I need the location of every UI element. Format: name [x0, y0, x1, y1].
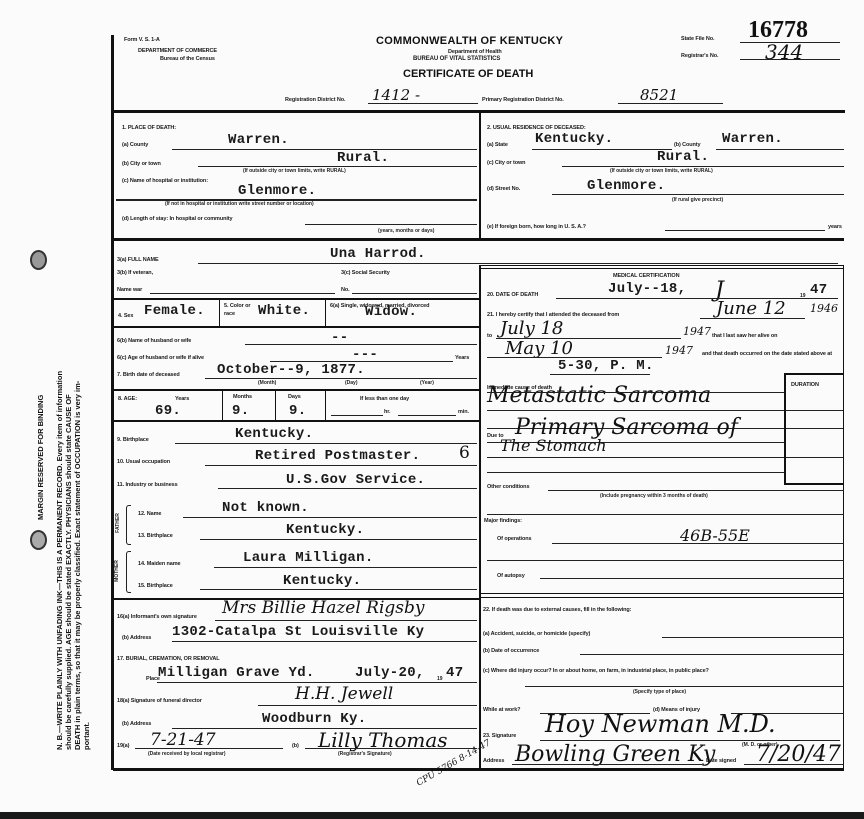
director-signature-line — [258, 705, 477, 706]
informant-address-line — [172, 641, 477, 642]
informant-address-label: (b) Address — [122, 635, 151, 641]
age-less-label: If less than one day — [360, 396, 409, 402]
margin-instructions: N. B.—WRITE PLAINLY WITH UNFADING INK—TH… — [55, 30, 91, 750]
res-city-note: (If outside city or town limits, write R… — [610, 168, 713, 174]
occurred-label: and that death occurred on the date stat… — [702, 351, 832, 357]
marital-value: Widow. — [365, 304, 417, 320]
death-date-label: 20. DATE OF DEATH — [487, 292, 538, 298]
last-seen-label: that I last saw her alive on — [712, 333, 777, 339]
mother-birth-value: Kentucky. — [283, 573, 361, 589]
birth-year-note: (Year) — [420, 380, 434, 386]
medical-heading: MEDICAL CERTIFICATION — [613, 273, 679, 279]
pod-county-label: (a) County — [122, 142, 148, 148]
section-rule-2-right — [479, 238, 844, 241]
attended-from-year: 1946 — [810, 302, 838, 315]
director-address-value: Woodburn Ky. — [262, 711, 366, 727]
informant-signature-label: 16(a) Informant's own signature — [117, 614, 197, 620]
occupation-line — [205, 465, 477, 466]
section-rule-2 — [113, 238, 479, 241]
father-birth-label: 13. Birthplace — [138, 533, 173, 539]
date-signed-label: Date signed — [706, 758, 736, 764]
attended-to-year: 1947 — [683, 325, 711, 338]
department-commerce: DEPARTMENT OF COMMERCE — [138, 48, 217, 54]
operations-line — [552, 543, 844, 544]
reg-district-number: 1412 - — [372, 86, 420, 104]
date-signed-line — [744, 764, 844, 765]
cause-line-6 — [487, 472, 784, 473]
scan-bottom-edge — [0, 812, 864, 819]
mother-birth-line — [200, 589, 477, 590]
age-years-value: 69. — [155, 403, 181, 419]
age-top-rule — [113, 389, 479, 391]
bureau-census: Bureau of the Census — [160, 56, 215, 62]
sex-label: 4. Sex — [118, 313, 133, 319]
occupation-code: 6 — [459, 443, 470, 463]
occupation-label: 10. Usual occupation — [117, 459, 170, 465]
res-foreign-label: (e) If foreign born, how long in U. S. A… — [487, 224, 586, 230]
where-label: (c) Where did injury occur? In or about … — [483, 664, 843, 678]
accident-line — [662, 637, 844, 638]
director-address-label: (b) Address — [122, 721, 151, 727]
death-year-value: 47 — [810, 282, 827, 298]
received-line — [135, 748, 283, 749]
age-days-value: 9. — [289, 403, 306, 419]
burial-date-value: July-20, — [355, 665, 425, 681]
age-label: 8. AGE: — [118, 396, 137, 402]
last-seen: May 10 — [505, 338, 573, 359]
row4-bottom-rule — [113, 326, 479, 328]
age-months-label: Months — [233, 394, 252, 400]
immediate-cause: Metastatic Sarcoma — [487, 383, 711, 408]
other-line-2 — [487, 514, 844, 515]
duration-label: DURATION — [791, 382, 819, 388]
binding-hole-top — [30, 250, 47, 270]
pod-city-line — [198, 166, 477, 167]
time-line — [550, 374, 650, 375]
res-city-value: Rural. — [657, 149, 709, 165]
dept-health: Department of Health — [448, 49, 502, 55]
place-of-death-heading: 1. PLACE OF DEATH: — [122, 125, 176, 131]
registrar-sig-label: (b) — [292, 743, 299, 749]
war-label: Name war — [117, 287, 142, 293]
birth-day-note: (Day) — [345, 380, 358, 386]
pod-city-value: Rural. — [337, 150, 389, 166]
res-street-value: Glenmore. — [587, 178, 665, 194]
medical-bottom-rule — [479, 593, 844, 594]
other-conditions-label: Other conditions — [487, 484, 529, 490]
birthplace-label: 9. Birthplace — [117, 437, 149, 443]
father-name-value: Not known. — [222, 500, 309, 516]
birth-date-label: 7. Birth date of deceased — [117, 372, 180, 378]
res-county-label: (b) County — [674, 142, 701, 148]
duration-line-1 — [786, 410, 843, 411]
res-county-value: Warren. — [722, 131, 783, 147]
burial-heading: 17. BURIAL, CREMATION, OR REMOVAL — [117, 656, 220, 662]
father-name-label: 12. Name — [138, 511, 161, 517]
age-months-value: 9. — [232, 403, 249, 419]
cause-line-5 — [487, 457, 784, 458]
registrar-no-label: Registrar's No. — [681, 53, 718, 59]
center-divider-middle — [479, 265, 481, 770]
sex-value: Female. — [144, 303, 205, 319]
res-state-label: (a) State — [487, 142, 508, 148]
occupation-value: Retired Postmaster. — [255, 448, 420, 464]
color-label: 5. Color or race — [224, 302, 254, 318]
industry-label: 11. Industry or business — [117, 482, 178, 488]
director-signature: H.H. Jewell — [295, 684, 393, 704]
primary-district-number: 8521 — [640, 86, 678, 104]
physician-signature: Hoy Newman M.D. — [545, 710, 776, 738]
res-state-value: Kentucky. — [535, 131, 613, 147]
external-heading: 22. If death was due to external causes,… — [483, 607, 631, 613]
reg-district-underline — [368, 103, 478, 104]
age-min-line — [398, 415, 456, 416]
res-street-label: (d) Street No. — [487, 186, 520, 192]
row4-top-rule — [113, 298, 479, 300]
duration-line-3 — [786, 457, 843, 458]
pod-county-line — [172, 149, 477, 150]
res-foreign-unit: years — [828, 224, 842, 230]
color-value: White. — [258, 303, 310, 319]
pod-city-note: (If outside city or town limits, write R… — [243, 168, 346, 174]
attended-from-line — [700, 318, 805, 319]
autopsy-label: Of autopsy — [497, 573, 525, 579]
birthplace-value: Kentucky. — [235, 426, 313, 442]
industry-value: U.S.Gov Service. — [286, 472, 425, 488]
form-bottom-rule — [113, 768, 844, 771]
cause-line-1 — [487, 392, 784, 393]
form-number: Form V. S. 1-A — [124, 37, 160, 43]
autopsy-line — [540, 578, 844, 579]
father-birth-value: Kentucky. — [286, 522, 364, 538]
res-street-note: (If rural give precinct) — [672, 197, 723, 203]
res-city-label: (c) City or town — [487, 160, 525, 166]
state-file-label: State File No. — [681, 36, 714, 42]
occurrence-date-line — [580, 654, 844, 655]
father-birth-line — [200, 539, 477, 540]
pod-county-value: Warren. — [228, 132, 289, 148]
death-date-line — [556, 298, 838, 299]
at-work-label: While at work? — [483, 707, 520, 713]
registrar-number: 344 — [765, 40, 803, 64]
instruction-line-3: DEATH in plain terms, so that it may be … — [73, 30, 82, 750]
spouse-line — [245, 344, 477, 345]
operations-label: Of operations — [497, 536, 531, 542]
duration-line-2 — [786, 428, 843, 429]
medical-right-border — [843, 265, 844, 770]
time-of-death: 5-30, P. M. — [558, 358, 654, 374]
pod-hospital-label: (c) Name of hospital or institution: — [122, 178, 208, 184]
state-title: COMMONWEALTH OF KENTUCKY — [376, 35, 563, 47]
age-divider-1 — [222, 389, 223, 420]
cause-line-2 — [487, 410, 784, 411]
attended-from: June 12 — [716, 298, 786, 319]
instruction-line-4: portant. — [82, 30, 91, 750]
pod-hospital-value: Glenmore. — [238, 183, 316, 199]
margin-binding-note: MARGIN RESERVED FOR BINDING — [36, 395, 45, 520]
informant-address-value: 1302-Catalpa St Louisville Ky — [172, 624, 424, 640]
registrar-sig-line — [305, 748, 477, 749]
reg-district-label: Registration District No. — [285, 97, 345, 103]
instruction-line-1: N. B.—WRITE PLAINLY WITH UNFADING INK—TH… — [55, 30, 64, 750]
physician-address-label: Address — [483, 758, 504, 764]
findings-line-2 — [487, 560, 844, 561]
pod-stay-line — [305, 224, 477, 225]
age-min-label: min. — [458, 409, 469, 415]
mother-bracket — [126, 551, 131, 593]
veteran-label: 3(b) If veteran, — [117, 270, 153, 276]
age-hr-label: hr. — [384, 409, 390, 415]
full-name-value: Una Harrod. — [330, 246, 426, 262]
age-years-label: Years — [175, 396, 189, 402]
registrar-note: (Registrar's Signature) — [338, 751, 392, 757]
primary-district-label: Primary Registration District No. — [482, 97, 564, 103]
due-to-line2: The Stomach — [500, 436, 607, 455]
res-foreign-line — [665, 230, 825, 231]
informant-signature-line — [215, 620, 477, 621]
ss-label: 3(c) Social Security — [341, 270, 390, 276]
medical-double-rule — [479, 265, 844, 266]
burial-place-line — [157, 682, 477, 683]
age-divider-3 — [325, 389, 326, 420]
birthplace-line — [175, 443, 477, 444]
registrar-underline — [740, 59, 840, 60]
major-findings-label: Major findings: — [484, 518, 522, 524]
where-note: (Specify type of place) — [633, 689, 686, 695]
where-line — [525, 686, 844, 687]
other-conditions-note: (Include pregnancy within 3 months of de… — [600, 493, 708, 499]
row4-divider-1 — [219, 298, 220, 326]
duration-box — [784, 373, 844, 485]
birth-date-value: October--9, 1877. — [217, 362, 365, 378]
res-street-line — [552, 194, 844, 195]
accident-label: (a) Accident, suicide, or homicide (spec… — [483, 631, 590, 637]
form-left-border — [111, 35, 114, 770]
attended-to: July 18 — [500, 318, 563, 339]
medical-double-rule-2 — [479, 268, 844, 269]
informant-signature: Mrs Billie Hazel Rigsby — [222, 598, 425, 618]
binding-hole-bottom — [30, 530, 47, 550]
father-bracket — [126, 505, 131, 545]
mother-name-value: Laura Milligan. — [243, 550, 374, 566]
ss-no-label: No. — [341, 287, 350, 293]
to-label: to — [487, 333, 492, 339]
physician-signature-label: 23. Signature — [483, 733, 516, 739]
mother-name-label: 14. Maiden name — [138, 561, 181, 567]
full-name-line — [198, 263, 838, 264]
received-date: 7-21-47 — [150, 730, 216, 750]
spouse-age-unit: Years — [455, 355, 469, 361]
director-signature-label: 18(a) Signature of funeral director — [117, 698, 202, 704]
ss-line — [352, 293, 477, 294]
age-days-label: Days — [288, 394, 301, 400]
res-state-line — [532, 149, 672, 150]
mother-name-line — [214, 567, 477, 568]
received-label: 19(a) — [117, 743, 129, 749]
pod-stay-label: (d) Length of stay: In hospital or commu… — [122, 216, 233, 222]
full-name-label: 3(a) FULL NAME — [117, 257, 159, 263]
occurrence-date-label: (b) Date of occurrence — [483, 648, 539, 654]
age-divider-2 — [275, 389, 276, 420]
pod-stay-note: (years, months or days) — [378, 228, 434, 234]
received-note: (Date received by local registrar) — [148, 751, 226, 757]
bureau-vital-stats: BUREAU OF VITAL STATISTICS — [413, 56, 500, 62]
father-tag: FATHER — [115, 513, 121, 533]
physician-signature-line — [540, 740, 840, 741]
burial-year-value: 47 — [446, 665, 463, 681]
death-date-value: July--18, — [608, 281, 686, 297]
mother-birth-label: 15. Birthplace — [138, 583, 173, 589]
industry-line — [218, 488, 477, 489]
birth-month-note: (Month) — [258, 380, 276, 386]
spouse-age-label: 6(c) Age of husband or wife if alive — [117, 355, 204, 361]
age-hr-line — [331, 415, 383, 416]
pod-city-label: (b) City or town — [122, 161, 161, 167]
pod-hospital-note: (If not in hospital or institution write… — [165, 201, 314, 207]
center-divider-top — [479, 112, 481, 240]
primary-district-underline — [618, 103, 723, 104]
res-city-line — [562, 166, 844, 167]
row4-divider-2 — [325, 298, 326, 326]
instruction-line-2: should be carefully supplied. AGE should… — [64, 30, 73, 750]
res-county-line — [716, 149, 844, 150]
age-bottom-rule — [113, 420, 479, 422]
war-line — [150, 293, 335, 294]
last-seen-year: 1947 — [665, 344, 693, 357]
burial-place-value: Milligan Grave Yd. — [158, 665, 315, 681]
mother-tag: MOTHER — [114, 560, 120, 582]
medical-bottom-rule-2 — [479, 597, 844, 598]
spouse-label: 6(b) Name of husband or wife — [117, 338, 191, 344]
birth-date-line — [205, 378, 477, 379]
other-conditions-line — [548, 490, 844, 491]
father-name-line — [183, 517, 477, 518]
physician-address-line — [512, 764, 702, 765]
certificate-title: CERTIFICATE OF DEATH — [403, 68, 533, 80]
